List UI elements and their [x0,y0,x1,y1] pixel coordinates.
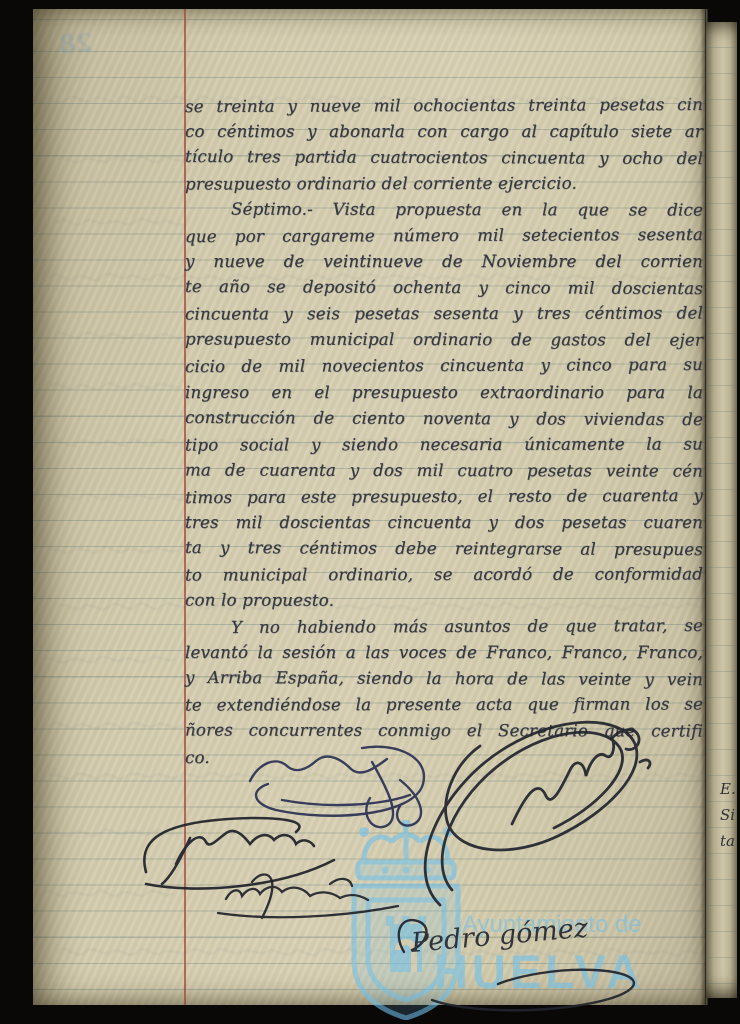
adjacent-page-fragment: E. [720,780,736,798]
manuscript-line: construcción de ciento noventa y dos viv… [185,404,703,432]
manuscript-text-block: se treinta y nueve mil ochocientas trein… [185,93,703,770]
manuscript-line: y Arriba España, siendo la hora de las v… [185,665,703,693]
manuscript-line: co céntimos y abonarla con cargo al capí… [185,119,703,145]
manuscript-line: te año se depositó ochenta y cinco mil d… [185,274,703,302]
manuscript-line: tículo tres partida cuatrocientos cincue… [185,144,703,172]
manuscript-line: y nueve de veintinueve de Noviembre del … [185,249,703,275]
manuscript-page: 28 se treinta y nueve mil ochocientas tr… [33,9,705,1005]
manuscript-line: Séptimo.- Vista propuesta en la que se d… [185,197,703,224]
manuscript-line: se treinta y nueve mil ochocientas trein… [185,92,703,120]
adjacent-page-fragment: ta [720,832,735,850]
scanned-document: 28 se treinta y nueve mil ochocientas tr… [0,0,740,1024]
manuscript-line: ma de cuarenta y dos mil cuatro pesetas … [185,457,703,484]
manuscript-line: tipo social y siendo necesaria únicament… [185,431,703,458]
manuscript-line: cicio de mil novecientos cincuenta y cin… [185,352,703,380]
manuscript-line: ingreso en el presupuesto extraordinario… [185,380,703,406]
manuscript-line: te extendiéndose la presente acta que fi… [185,692,703,719]
manuscript-line: timos para este presupuesto, el resto de… [185,483,703,511]
manuscript-line: ñores concurrentes conmigo el Secretario… [185,718,703,745]
manuscript-line: co. [185,743,703,771]
manuscript-line: ta y tres céntimos debe reintegrarse al … [185,535,703,563]
manuscript-line: to municipal ordinario, se acordó de con… [185,561,703,588]
adjacent-page-edge: E.Sita [706,22,737,998]
manuscript-line: tres mil doscientas cincuenta y dos pese… [185,510,703,536]
manuscript-line: presupuesto ordinario del corriente ejer… [185,171,703,198]
manuscript-line: cincuenta y seis pesetas sesenta y tres … [185,301,703,328]
manuscript-line: Y no habiendo más asuntos de que tratar,… [185,613,703,641]
page-number-show-through: 28 [58,28,93,59]
manuscript-line: con lo propuesto. [185,587,703,614]
manuscript-line: levantó la sesión a las voces de Franco,… [185,640,703,666]
manuscript-line: presupuesto municipal ordinario de gasto… [185,327,703,354]
adjacent-page-fragment: Si [720,806,735,824]
manuscript-line: que por cargareme número mil setecientos… [185,222,703,250]
